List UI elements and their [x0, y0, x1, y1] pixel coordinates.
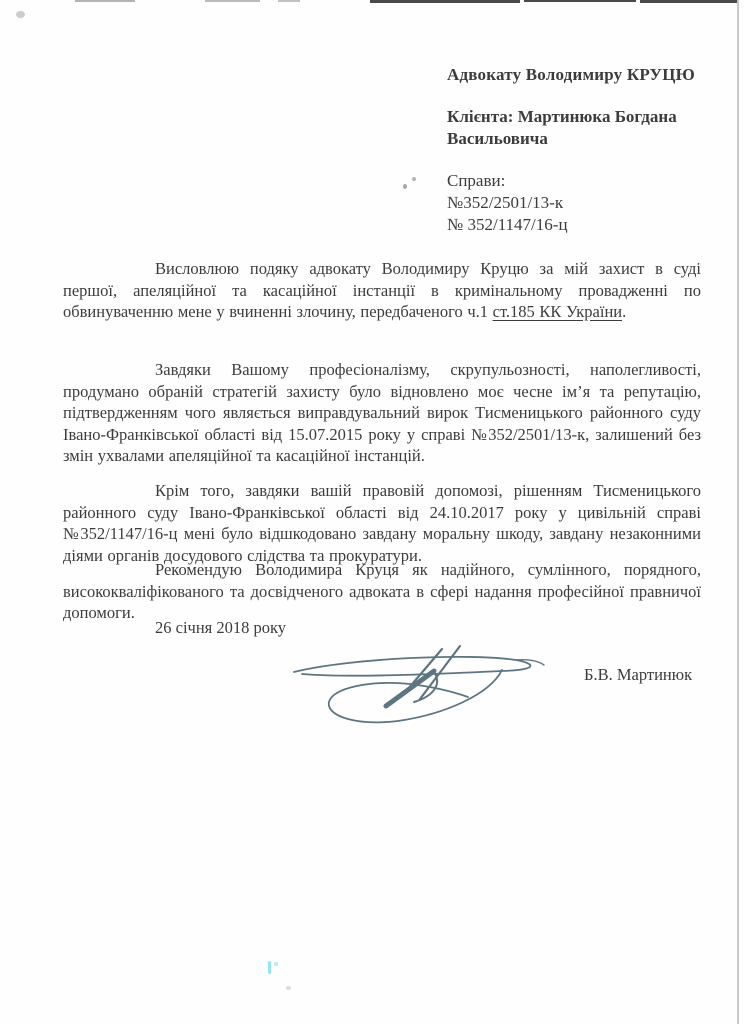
scan-edge-segment [370, 0, 520, 3]
paragraph-compensation: Крім того, завдяки вашій правовій допомо… [63, 480, 701, 566]
paragraph-recommendation: Рекомендую Володимира Круця як надійного… [63, 559, 701, 624]
scan-speck-cyan [268, 961, 271, 974]
handwritten-signature [288, 642, 546, 728]
client-line: Клієнта: Мартинюка Богдана Васильовича [447, 106, 699, 150]
cases-block: Справи: №352/2501/13-к № 352/1147/16-ц [447, 170, 709, 236]
date-line: 26 січня 2018 року [63, 617, 701, 639]
scan-edge-segment [75, 0, 135, 2]
signatory-name: Б.В. Мартинюк [584, 665, 692, 685]
scanned-letter-page: Адвокату Володимиру КРУЦЮ Клієнта: Марти… [0, 0, 744, 1024]
recipient-line: Адвокату Володимиру КРУЦЮ [447, 64, 709, 86]
paragraph-acquittal: Завдяки Вашому професіоналізму, скрупуль… [63, 359, 701, 467]
scan-edge-segment [278, 0, 300, 2]
scan-edge-right-line [737, 0, 739, 1024]
scan-speck [286, 986, 291, 990]
paragraph-text: . [622, 302, 626, 321]
scan-edge-segment [524, 0, 636, 2]
case-number: № 352/1147/16-ц [447, 214, 709, 236]
scan-speck-cyan [274, 962, 278, 966]
cases-label: Справи: [447, 170, 709, 192]
case-number: №352/2501/13-к [447, 192, 709, 214]
scan-speck [16, 11, 25, 18]
addressee-block: Адвокату Володимиру КРУЦЮ Клієнта: Марти… [447, 64, 709, 236]
scan-speck [403, 184, 407, 189]
scan-edge-segment [640, 0, 737, 3]
statute-reference-underlined: ст.185 КК України [493, 302, 623, 321]
scan-speck [412, 177, 416, 181]
paragraph-gratitude: Висловлюю подяку адвокату Володимиру Кру… [63, 258, 701, 323]
scan-edge-segment [205, 0, 260, 2]
